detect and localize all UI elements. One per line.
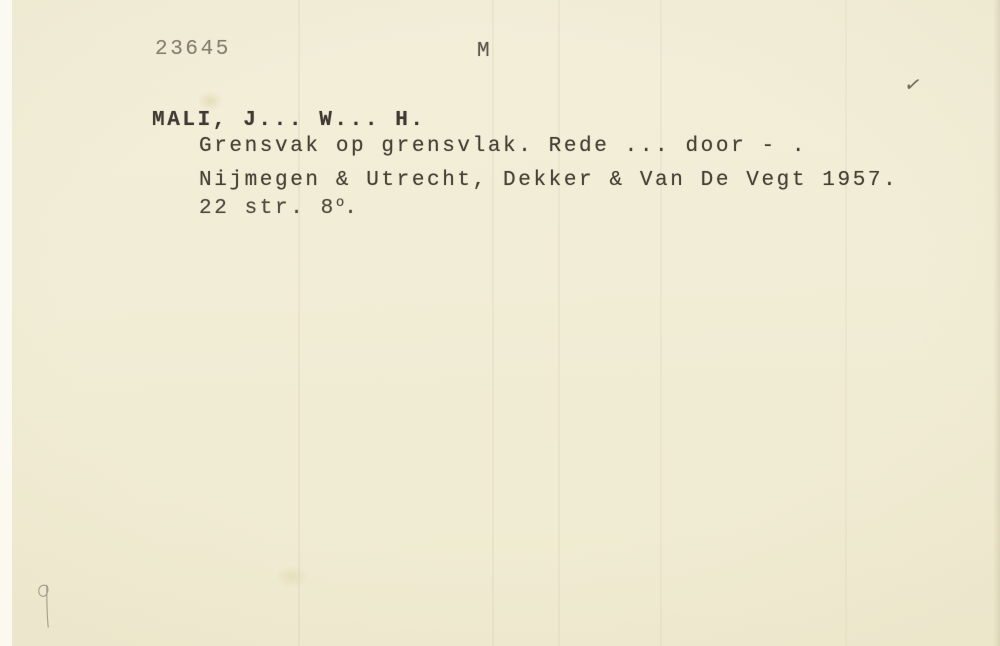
scanned-catalog-card: 23645 M ✓ MALI, J... W... H. Grensvak op… (0, 0, 1000, 646)
card-number: 23645 (155, 39, 231, 60)
collation-superscript: o (336, 195, 344, 211)
entry-collation-line: 22 str. 8o. (199, 198, 359, 221)
index-letter: M (477, 41, 492, 62)
collation-text: 22 str. 8 (199, 197, 336, 220)
entry-title-line: Grensvak op grensvlak. Rede ... door - . (199, 136, 807, 157)
card-surface: 23645 M ✓ MALI, J... W... H. Grensvak op… (12, 0, 1000, 646)
check-mark-icon: ✓ (902, 73, 923, 96)
collation-period: . (344, 197, 359, 220)
pencil-mark-9-icon (33, 582, 55, 632)
entry-imprint-line: Nijmegen & Utrecht, Dekker & Van De Vegt… (199, 170, 898, 191)
entry-author-heading: MALI, J... W... H. (152, 110, 426, 131)
